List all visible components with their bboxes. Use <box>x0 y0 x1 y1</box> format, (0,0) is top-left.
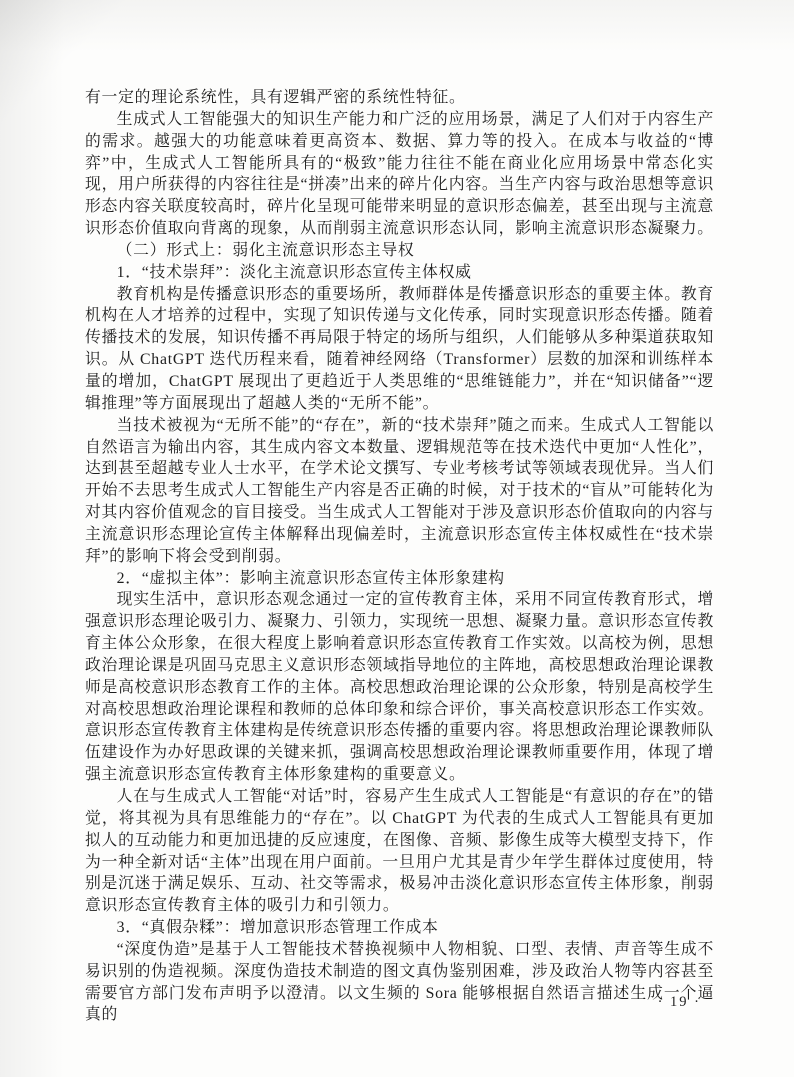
subsection-heading-2: 2．“虚拟主体”：影响主流意识形态宣传主体形象建构 <box>85 568 714 590</box>
subsection-heading-1: 1．“技术崇拜”：淡化主流意识形态宣传主体权威 <box>85 262 714 284</box>
paragraph: 当技术被视为“无所不能”的“存在”，新的“技术崇拜”随之而来。生成式人工智能以自… <box>85 415 714 568</box>
paragraph: 教育机构是传播意识形态的重要场所，教师群体是传播意识形态的重要主体。教育机构在人… <box>85 284 714 415</box>
paragraph-continued: 有一定的理论系统性，具有逻辑严密的系统性特征。 <box>85 87 714 109</box>
paragraph: 现实生活中，意识形态观念通过一定的宣传教育主体，采用不同宣传教育形式，增强意识形… <box>85 589 714 786</box>
paragraph: “深度伪造”是基于人工智能技术替换视频中人物相貌、口型、表情、声音等生成不易识别… <box>85 939 714 1026</box>
page-number: · 19 · <box>85 994 701 1011</box>
subsection-heading-3: 3．“真假杂糅”：增加意识形态管理工作成本 <box>85 917 714 939</box>
page-body: 有一定的理论系统性，具有逻辑严密的系统性特征。 生成式人工智能强大的知识生产能力… <box>85 87 714 1026</box>
paragraph: 生成式人工智能强大的知识生产能力和广泛的应用场景，满足了人们对于内容生产的需求。… <box>85 109 714 240</box>
paragraph: 人在与生成式人工智能“对话”时，容易产生生成式人工智能是“有意识的存在”的错觉，… <box>85 786 714 917</box>
document-page: 有一定的理论系统性，具有逻辑严密的系统性特征。 生成式人工智能强大的知识生产能力… <box>0 0 794 1077</box>
section-heading-2: （二）形式上：弱化主流意识形态主导权 <box>85 240 714 262</box>
